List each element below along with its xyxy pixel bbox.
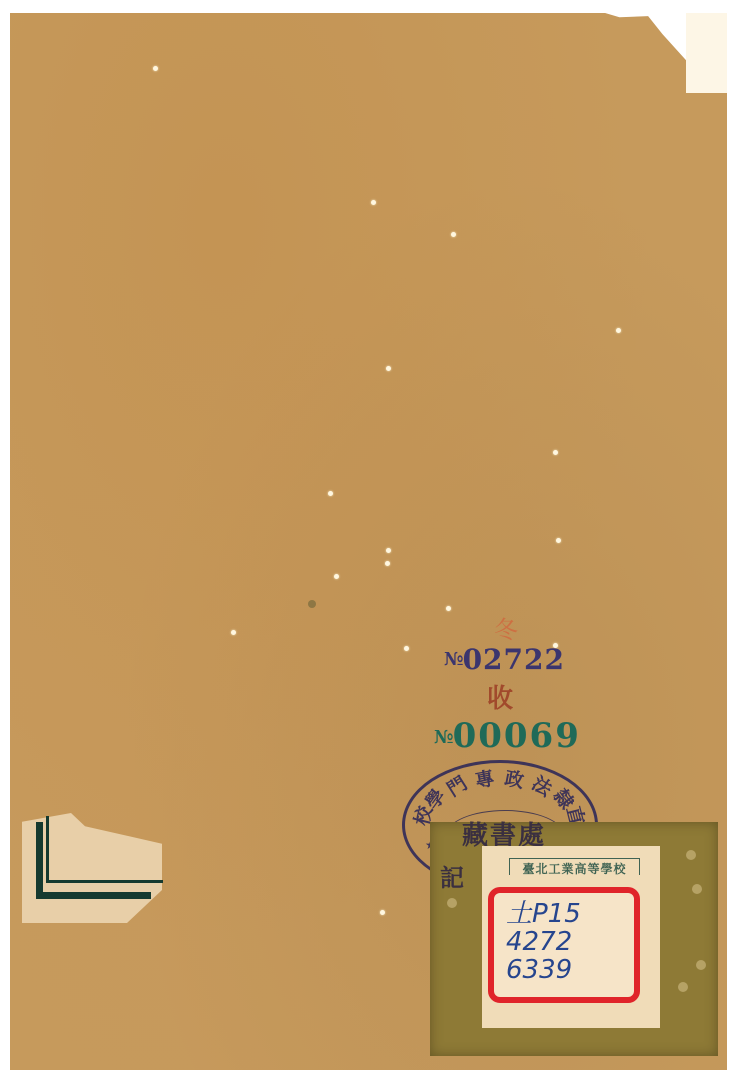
library-seal-bottom-text: 記	[440, 858, 464, 893]
serial-number-2-value: 00069	[453, 716, 581, 756]
corner-bracket-inner-icon	[46, 816, 163, 883]
call-number-line-2: 4272	[506, 929, 572, 955]
tape-spot	[678, 982, 688, 992]
call-number-box: 土P15 4272 6339	[488, 887, 640, 1003]
numero-sign: №	[434, 727, 453, 748]
call-number-line-3: 6339	[506, 957, 572, 983]
call-number-line-1: 土P15	[506, 901, 581, 927]
numero-sign: №	[444, 649, 463, 670]
worm-hole	[371, 200, 376, 205]
worm-hole	[553, 450, 558, 455]
serial-number-2: №00069	[434, 716, 581, 756]
season-mark: 冬	[494, 610, 518, 645]
worm-hole	[380, 910, 385, 915]
stain	[308, 600, 316, 608]
worm-hole	[451, 232, 456, 237]
worm-hole	[153, 66, 158, 71]
serial-number-1-value: 02722	[463, 643, 565, 676]
worm-hole	[328, 491, 333, 496]
received-mark: 收	[487, 678, 513, 715]
worm-hole	[231, 630, 236, 635]
call-number-label-header: 臺北工業高等學校	[509, 858, 640, 875]
worm-hole	[446, 606, 451, 611]
worm-hole	[386, 366, 391, 371]
worm-hole	[616, 328, 621, 333]
tape-spot	[692, 884, 702, 894]
worm-hole	[404, 646, 409, 651]
tape-spot	[696, 960, 706, 970]
worm-hole	[334, 574, 339, 579]
torn-corner	[686, 13, 727, 93]
tape-spot	[447, 898, 457, 908]
worm-hole	[385, 561, 390, 566]
worm-hole	[556, 538, 561, 543]
serial-number-1: №02722	[444, 643, 565, 676]
worm-hole	[386, 548, 391, 553]
tape-spot	[686, 850, 696, 860]
